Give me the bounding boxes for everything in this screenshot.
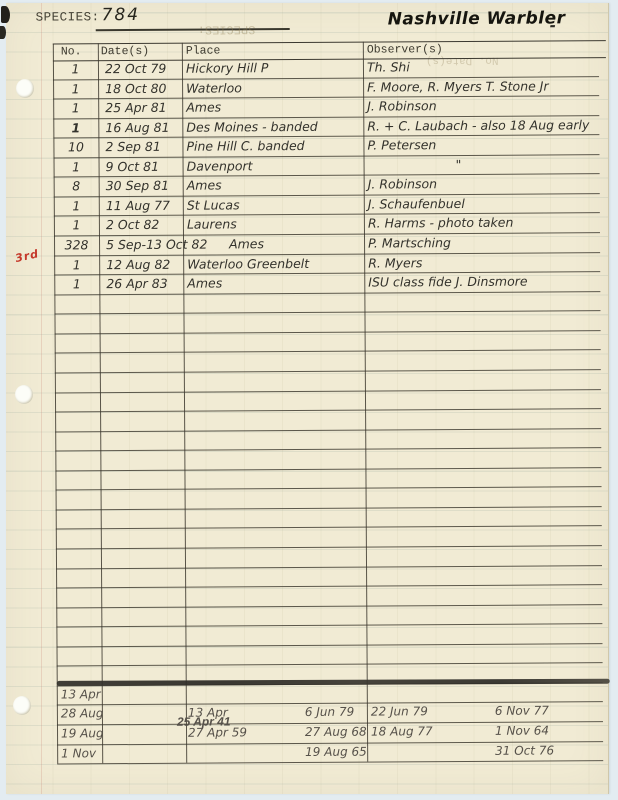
- cell-observer: R. Myers: [368, 255, 422, 270]
- summary-cell-date: 27 Apr 59: [188, 725, 247, 739]
- cell-date: 25 Apr 81: [105, 100, 166, 115]
- cell-no: 1: [54, 276, 99, 291]
- cell-date: 30 Sep 81: [106, 178, 169, 193]
- cell-observer: R. + C. Laubach - also 18 Aug early: [367, 117, 589, 133]
- summary-cell-date: 1 Nov 64: [495, 724, 549, 738]
- cell-no: 1: [53, 120, 98, 135]
- species-name: Nashville Warbler: [388, 8, 566, 29]
- cell-place: Waterloo Greenbelt: [187, 256, 309, 272]
- punch-hole: [15, 385, 33, 404]
- cell-date: 5 Sep-13 Oct 82: [106, 237, 207, 253]
- summary-cell-date: 19 Aug 65: [305, 744, 367, 758]
- cell-no: 1: [53, 61, 98, 76]
- summary-cell-date: 6 Nov 77: [495, 704, 549, 718]
- cell-date: 16 Aug 81: [105, 119, 169, 134]
- summary-cell-margin-date: 19 Aug: [61, 726, 104, 740]
- species-label: SPECIES:: [36, 10, 100, 24]
- cell-date: 9 Oct 81: [106, 159, 160, 174]
- cell-no: 10: [53, 139, 98, 154]
- cell-no: 1: [54, 159, 99, 174]
- cell-observer: F. Moore, R. Myers T. Stone Jr: [367, 78, 549, 94]
- column-header-no: No.: [61, 45, 82, 58]
- red-margin-note: 3rd: [14, 247, 40, 265]
- punch-hole: [16, 79, 34, 98]
- cell-observer: J. Robinson: [367, 98, 436, 113]
- cell-observer: P. Petersen: [367, 137, 436, 152]
- cell-no: 8: [54, 179, 99, 194]
- cell-date: 26 Apr 83: [106, 276, 167, 291]
- cell-observer: J. Robinson: [368, 177, 437, 192]
- cell-observer: P. Martsching: [368, 235, 451, 251]
- cell-observer: ": [456, 157, 462, 172]
- column-header-place: Place: [186, 44, 221, 57]
- cell-place: Hickory Hill P: [186, 60, 269, 76]
- cell-date: 11 Aug 77: [106, 198, 170, 213]
- cell-no: 328: [54, 237, 99, 252]
- cell-place: Ames: [187, 276, 222, 291]
- cell-place: Pine Hill C. banded: [186, 138, 304, 154]
- summary-cell-margin-date: 28 Aug: [61, 707, 104, 721]
- bleed-through-text: SPECIES:: [198, 22, 256, 36]
- cell-date: 22 Oct 79: [105, 61, 166, 76]
- cell-place: Ames: [229, 236, 264, 251]
- cell-place: St Lucas: [187, 197, 240, 212]
- cell-observer: Th. Shi: [367, 59, 410, 74]
- summary-cell-date: 18 Aug 77: [371, 724, 433, 738]
- cell-place: Ames: [186, 100, 221, 115]
- species-underline: [96, 28, 290, 31]
- summary-cell-date: 22 Jun 79: [371, 705, 428, 719]
- cell-place: Ames: [187, 178, 222, 193]
- cell-no: 1: [54, 257, 99, 272]
- column-header-observer: Observer(s): [367, 43, 443, 56]
- cell-place: Waterloo: [186, 80, 242, 95]
- cell-no: 1: [53, 100, 98, 115]
- cell-no: 1: [54, 218, 99, 233]
- species-number: 784: [102, 5, 141, 25]
- cell-place: Des Moines - banded: [186, 119, 317, 135]
- column-header-dates: Date(s): [101, 45, 149, 58]
- summary-cell-margin-date: 13 Apr: [61, 687, 101, 701]
- scan-content: SPECIES: 784 Nashville Warbler - SPECIES…: [0, 0, 618, 800]
- cell-date: 2 Sep 81: [105, 139, 160, 154]
- summary-cell-date: 6 Jun 79: [305, 705, 354, 719]
- cell-observer: R. Harms - photo taken: [368, 215, 514, 231]
- cell-observer: J. Schaufenbuel: [368, 196, 465, 212]
- records-table: No. Date(s) Place Observer(s) 122 Oct 79…: [53, 40, 610, 763]
- cell-place: Davenport: [187, 158, 253, 173]
- summary-cell-margin-date: 1 Nov: [61, 746, 96, 760]
- cell-observer: ISU class fide J. Dinsmore: [368, 274, 527, 290]
- summary-cell-date: 31 Oct 76: [495, 743, 554, 757]
- cell-no: 1: [54, 198, 99, 213]
- cell-no: 1: [53, 81, 98, 96]
- cell-date: 18 Oct 80: [105, 80, 166, 95]
- cell-place: Laurens: [187, 217, 237, 232]
- summary-cell-date: 27 Aug 68: [305, 725, 367, 739]
- species-name-dash: -: [550, 16, 556, 34]
- summary-row: 1 Nov19 Aug 6531 Oct 76: [57, 741, 603, 765]
- cell-date: 2 Oct 82: [106, 217, 160, 232]
- punch-hole: [13, 696, 31, 715]
- cell-date: 12 Aug 82: [106, 256, 170, 271]
